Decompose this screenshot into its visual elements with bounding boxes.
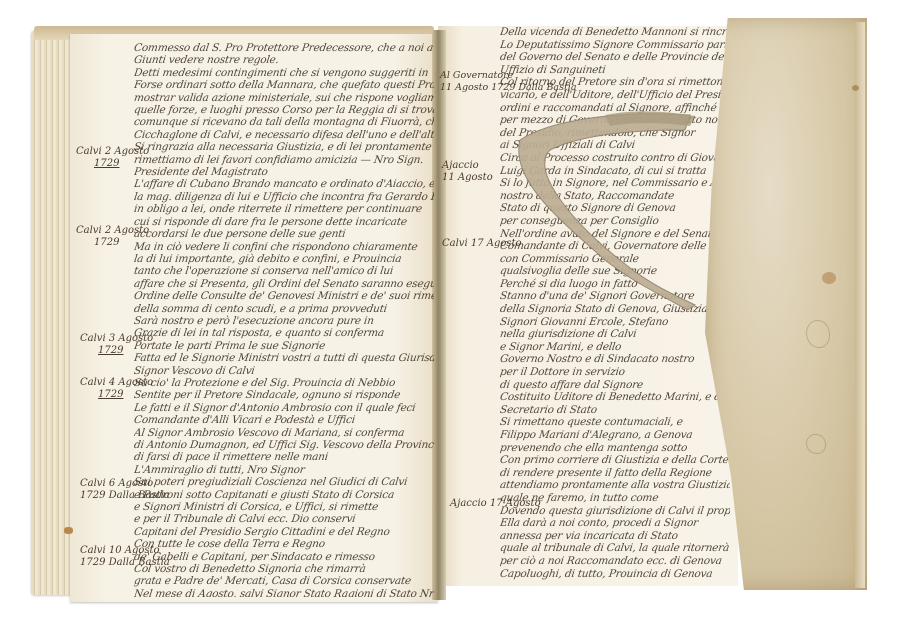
handwritten-line: annessa per via incaricata di Stato (500, 530, 730, 543)
handwritten-line: Si lo fatto in Signore, nel Commissario … (500, 177, 730, 190)
handwritten-line: Portate le parti Prima le sue Signorie (134, 340, 434, 352)
handwritten-line: rimettiamo di lei favori confidiamo amic… (134, 154, 434, 166)
handwritten-line: Luigi Garda in Sindacato, di cui si trat… (500, 165, 730, 178)
manuscript-photo: Commesso dal S. Pro Protettore Predecess… (0, 0, 900, 621)
handwritten-line: Comandante di Calvi, Governatore delle P… (500, 240, 730, 253)
handwritten-line: Ma in ciò vedere li confini che rispondo… (134, 241, 434, 253)
handwritten-line: Col vostro di Benedetto Signoria che rim… (134, 563, 434, 575)
handwritten-line: qualsivoglia delle sue Signorie (500, 265, 730, 278)
handwritten-line: Cicchaglone di Calvi, e necessario difes… (134, 129, 434, 141)
handwritten-line: del Presidio, rimettendolo, che Signor (500, 127, 730, 140)
handwritten-line: del Governo del Senato e delle Provincie… (500, 51, 730, 64)
handwritten-line: di rendere presente il fatto della Regio… (500, 467, 730, 480)
margin-note: Calvi 3 Agosto 1729 (80, 333, 153, 357)
handwritten-line: Si rimettano queste contumaciali, e (500, 416, 730, 429)
handwritten-line: e per il Tribunale di Calvi ecc. Dio con… (134, 513, 434, 525)
handwritten-line: ai Signori Uffiziali di Calvi (500, 139, 730, 152)
handwritten-line: Nell'ordine avuto del Signore e del Sena… (500, 228, 730, 241)
handwritten-line: de' Gabelli e Capitani, per Sindacato e … (134, 551, 434, 563)
handwritten-line: Grazie di lei in tal risposta, e quanto … (134, 327, 434, 339)
handwritten-line: Governo Nostro e di Sindacato nostro (500, 353, 730, 366)
margin-note: Calvi 10 Agosto 1729 Dalla Bastia (80, 545, 170, 569)
handwritten-line: Comandante d'Alli Vicari e Podestà e Uff… (134, 414, 434, 426)
handwritten-line: Con primo corriere di Giustizia e della … (500, 454, 730, 467)
handwritten-line: Con tutte le cose della Terra e Regno (134, 538, 434, 550)
handwritten-line: Fatta ed le Signorie Ministri vostri a t… (134, 352, 434, 364)
handwritten-line: della Signoria Stato di Genova, Giustizi… (500, 303, 730, 316)
handwritten-line: Presidente del Magistrato (134, 166, 434, 178)
handwritten-line: Commesso dal S. Pro Protettore Predecess… (134, 42, 434, 54)
handwritten-line: Sentite per il Pretore Sindacale, ognuno… (134, 389, 434, 401)
margin-note: Calvi 4 Agosto 1729 (80, 377, 153, 401)
handwritten-line: Sarà nostro e però l'esecuzione ancora p… (134, 315, 434, 327)
handwritten-line: e Signori Ministri di Corsica, e Uffici,… (134, 501, 434, 513)
handwritten-line: Circa al Processo costruito contro di Gi… (500, 152, 730, 165)
handwritten-line: di Antonio Dumagnon, ed Uffici Sig. Vesc… (134, 439, 434, 451)
handwritten-line: Capoluoghi, di tutto, Prouincia di Genov… (500, 568, 730, 581)
handwritten-line: Costituito Uditore di Benedetto Marini, … (500, 391, 730, 404)
handwritten-line: la di lui importante, già debito e confi… (134, 253, 434, 265)
left-page-text: Commesso dal S. Pro Protettore Predecess… (134, 42, 434, 597)
handwritten-line: Secretario di Stato (500, 404, 730, 417)
handwritten-line: quale al tribunale di Calvi, la quale ri… (500, 542, 730, 555)
handwritten-line: Lo Deputatissimo Signore Commissario par… (500, 39, 730, 52)
foxing-spot (64, 527, 73, 534)
handwritten-line: cui si risponde di dare fra le persone d… (134, 216, 434, 228)
handwritten-line: Stato di questo Signore di Genova (500, 202, 730, 215)
handwritten-line: per mezzo di Governo Generale, e fatto n… (500, 114, 730, 127)
handwritten-line: Sui poteri pregiudiziali Coscienza nel G… (134, 476, 434, 488)
stain-ring (806, 320, 830, 348)
handwritten-line: Detti medesimi contingimenti che si veng… (134, 67, 434, 79)
handwritten-line: Su cio' la Protezione e del Sig. Prouinc… (134, 377, 434, 389)
handwritten-line: tanto che l'operazione si conserva nell'… (134, 265, 434, 277)
handwritten-line: ordini e raccomandati al Signore, affinc… (500, 102, 730, 115)
handwritten-line: mostrar valida azione ministeriale, sui … (134, 92, 434, 104)
handwritten-line: nella giurisdizione di Calvi (500, 328, 730, 341)
margin-note: Calvi 2 Agosto 1729 (76, 146, 149, 170)
handwritten-line: per il Dottore in servizio (500, 366, 730, 379)
handwritten-line: Al Signor Ambrosio Vescovo di Mariana, s… (134, 427, 434, 439)
handwritten-line: Signor Vescovo di Calvi (134, 365, 434, 377)
book-gutter (432, 30, 446, 600)
margin-note: Ajaccio 17 Agosto (450, 498, 541, 510)
ink-stain (852, 85, 859, 91)
handwritten-line: L'affare di Cubano Brando mancato e ordi… (134, 178, 434, 190)
handwritten-line: in obligo a lei, onde riterrete il rimet… (134, 203, 434, 215)
handwritten-line: Signori Giovanni Ercole, Stefano (500, 316, 730, 329)
handwritten-line: accordarsi le due persone delle sue gent… (134, 228, 434, 240)
handwritten-line: Filippo Mariani d'Alegrano, a Genova (500, 429, 730, 442)
handwritten-line: e Signor Marini, e dello (500, 341, 730, 354)
handwritten-line: Capitani del Presidio Sergio Cittadini e… (134, 526, 434, 538)
handwritten-line: Ella darà a noi conto, procedi a Signor (500, 517, 730, 530)
handwritten-line: affare che si Presenta, gli Ordini del S… (134, 278, 434, 290)
handwritten-line: L'Ammiraglio di tutti, Nro Signor (134, 464, 434, 476)
handwritten-line: la mag. diligenza di lui e Ufficio che i… (134, 191, 434, 203)
handwritten-line: e Padroni sotto Capitanati e giusti Stat… (134, 489, 434, 501)
handwritten-line: attendiamo prontamente alla vostra Giust… (500, 479, 730, 492)
handwritten-line: Le fatti e il Signor d'Antonio Ambrosio … (134, 402, 434, 414)
handwritten-line: per conseguenza per Consiglio (500, 215, 730, 228)
stain-ring (806, 434, 826, 454)
handwritten-line: Nel mese di Agosto, salvi Signor Stato R… (134, 588, 434, 597)
handwritten-line: Giunti vedere nostre regole. (134, 54, 434, 66)
handwritten-line: Ordine delle Consulte de' Genovesi Minis… (134, 290, 434, 302)
handwritten-line: grata e Padre de' Mercati, Casa di Corsi… (134, 575, 434, 587)
handwritten-line: Stanno d'una de' Signori Governatore (500, 290, 730, 303)
margin-note: Calvi 17 Agosto (442, 238, 522, 250)
margin-note: Ajaccio 11 Agosto (442, 160, 493, 184)
handwritten-line: prevenendo che ella mantenga sotto (500, 442, 730, 455)
handwritten-line: nostro della Stato, Raccomandate (500, 190, 730, 203)
handwritten-line: della somma di cento scudi, e a prima pr… (134, 303, 434, 315)
handwritten-line: Della vicenda di Benedetto Mannoni si ri… (500, 26, 730, 39)
handwritten-line: con Commissario Generale (500, 253, 730, 266)
handwritten-line: di farsi di pace il rimettere nelle mani (134, 451, 434, 463)
vellum-cover-edge (855, 22, 865, 588)
margin-note: Al Governatore 11 Agosto 1729 Dalla Bast… (440, 70, 576, 94)
handwritten-line: Forse ordinari sotto della Mannara, che … (134, 79, 434, 91)
handwritten-line: Perché si dia luogo in fatto (500, 278, 730, 291)
handwritten-line: comunque si ricevano da tali della monta… (134, 116, 434, 128)
handwritten-line: per ciò a noi Raccomandato ecc. di Genov… (500, 555, 730, 568)
margin-note: Calvi 6 Agosto 1729 Dalla Bastia (80, 478, 170, 502)
handwritten-line: quelle forze, e luoghi presso Corso per … (134, 104, 434, 116)
ink-stain (822, 272, 836, 284)
handwritten-line: Si ringrazia alla necessaria Giustizia, … (134, 141, 434, 153)
margin-note: Calvi 2 Agosto 1729 (76, 225, 149, 249)
handwritten-line: di questo affare dal Signore (500, 379, 730, 392)
